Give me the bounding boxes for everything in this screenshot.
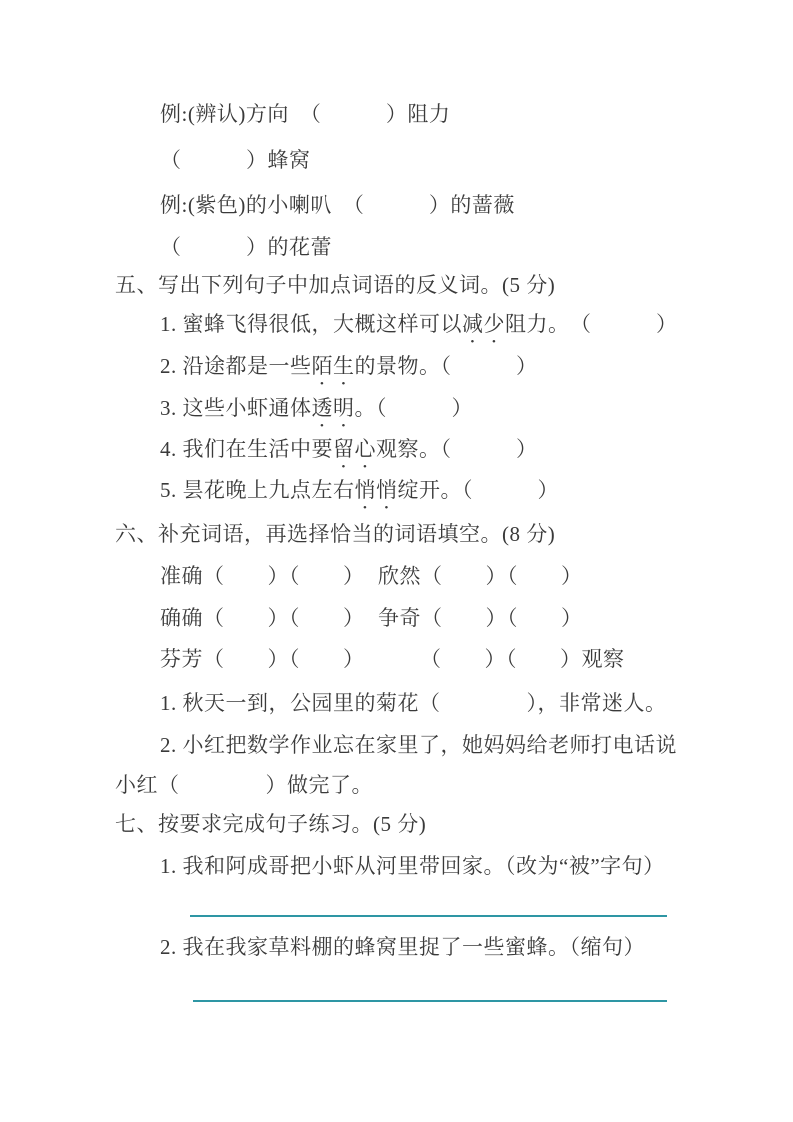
word-blank-left: 准确（ ）（ ） xyxy=(160,564,365,588)
dotted-word: 悄悄 xyxy=(355,478,398,502)
dotted-word: 留心 xyxy=(333,437,376,461)
section7-title: 七、按要求完成句子练习。(5 分) xyxy=(115,810,426,838)
section5-item: 2. 沿途都是一些陌生的景物。（ ） xyxy=(160,352,538,380)
sentence-pre: 2. 沿途都是一些 xyxy=(160,354,312,378)
fill-in-sentence: 1. 秋天一到，公园里的菊花（ ），非常迷人。 xyxy=(160,689,667,717)
sentence-post: 。（ ） xyxy=(355,396,474,420)
section7-item: 1. 我和阿成哥把小虾从河里带回家。（改为“被”字句） xyxy=(160,852,665,880)
word-blank-right: （ ）（ ）观察 xyxy=(420,645,625,673)
example-line: 例:(紫色)的小喇叭 （ ）的蔷薇 xyxy=(160,191,515,219)
word-blank-left: 芬芳（ ）（ ） xyxy=(160,647,365,671)
word-completion-row: 芬芳（ ）（ ）（ ）（ ）观察 xyxy=(160,645,365,673)
answer-blank-line xyxy=(190,915,667,917)
sentence-post: 观察。（ ） xyxy=(376,437,538,461)
sentence-pre: 4. 我们在生活中要 xyxy=(160,437,333,461)
sentence-post: 的景物。（ ） xyxy=(355,354,538,378)
word-blank-right: 欣然（ ）（ ） xyxy=(378,562,583,590)
sentence-post: 绽开。（ ） xyxy=(398,478,560,502)
example-line: （ ）蜂窝 xyxy=(160,146,311,174)
example-line: （ ）的花蕾 xyxy=(160,233,332,261)
section5-item: 4. 我们在生活中要留心观察。（ ） xyxy=(160,435,538,463)
dotted-word: 透明 xyxy=(312,396,355,420)
answer-blank-line xyxy=(193,1000,667,1002)
word-blank-left: 确确（ ）（ ） xyxy=(160,606,365,630)
fill-in-sentence: 2. 小红把数学作业忘在家里了，她妈妈给老师打电话说 xyxy=(160,731,677,759)
section5-title: 五、写出下列句子中加点词语的反义词。(5 分) xyxy=(115,271,555,299)
word-completion-row: 准确（ ）（ ）欣然（ ）（ ） xyxy=(160,562,365,590)
sentence-post: 阻力。 （ ） xyxy=(505,312,678,336)
section6-title: 六、补充词语，再选择恰当的词语填空。(8 分) xyxy=(115,520,555,548)
fill-in-sentence-wrap: 小红（ ）做完了。 xyxy=(115,771,373,799)
dotted-word: 陌生 xyxy=(312,354,355,378)
section5-item: 5. 昙花晚上九点左右悄悄绽开。（ ） xyxy=(160,476,559,504)
example-line: 例:(辨认)方向 （ ）阻力 xyxy=(160,100,450,128)
worksheet-page: 例:(辨认)方向 （ ）阻力 （ ）蜂窝 例:(紫色)的小喇叭 （ ）的蔷薇 （… xyxy=(0,0,793,1122)
sentence-pre: 3. 这些小虾通体 xyxy=(160,396,312,420)
sentence-pre: 5. 昙花晚上九点左右 xyxy=(160,478,355,502)
word-completion-row: 确确（ ）（ ）争奇（ ）（ ） xyxy=(160,604,365,632)
dotted-word: 减少 xyxy=(462,312,505,336)
section5-item: 1. 蜜蜂飞得很低，大概这样可以减少阻力。 （ ） xyxy=(160,310,678,338)
word-blank-right: 争奇（ ）（ ） xyxy=(378,604,583,632)
section7-item: 2. 我在我家草料棚的蜂窝里捉了一些蜜蜂。（缩句） xyxy=(160,933,645,961)
section5-item: 3. 这些小虾通体透明。（ ） xyxy=(160,394,473,422)
sentence-pre: 1. 蜜蜂飞得很低，大概这样可以 xyxy=(160,312,462,336)
